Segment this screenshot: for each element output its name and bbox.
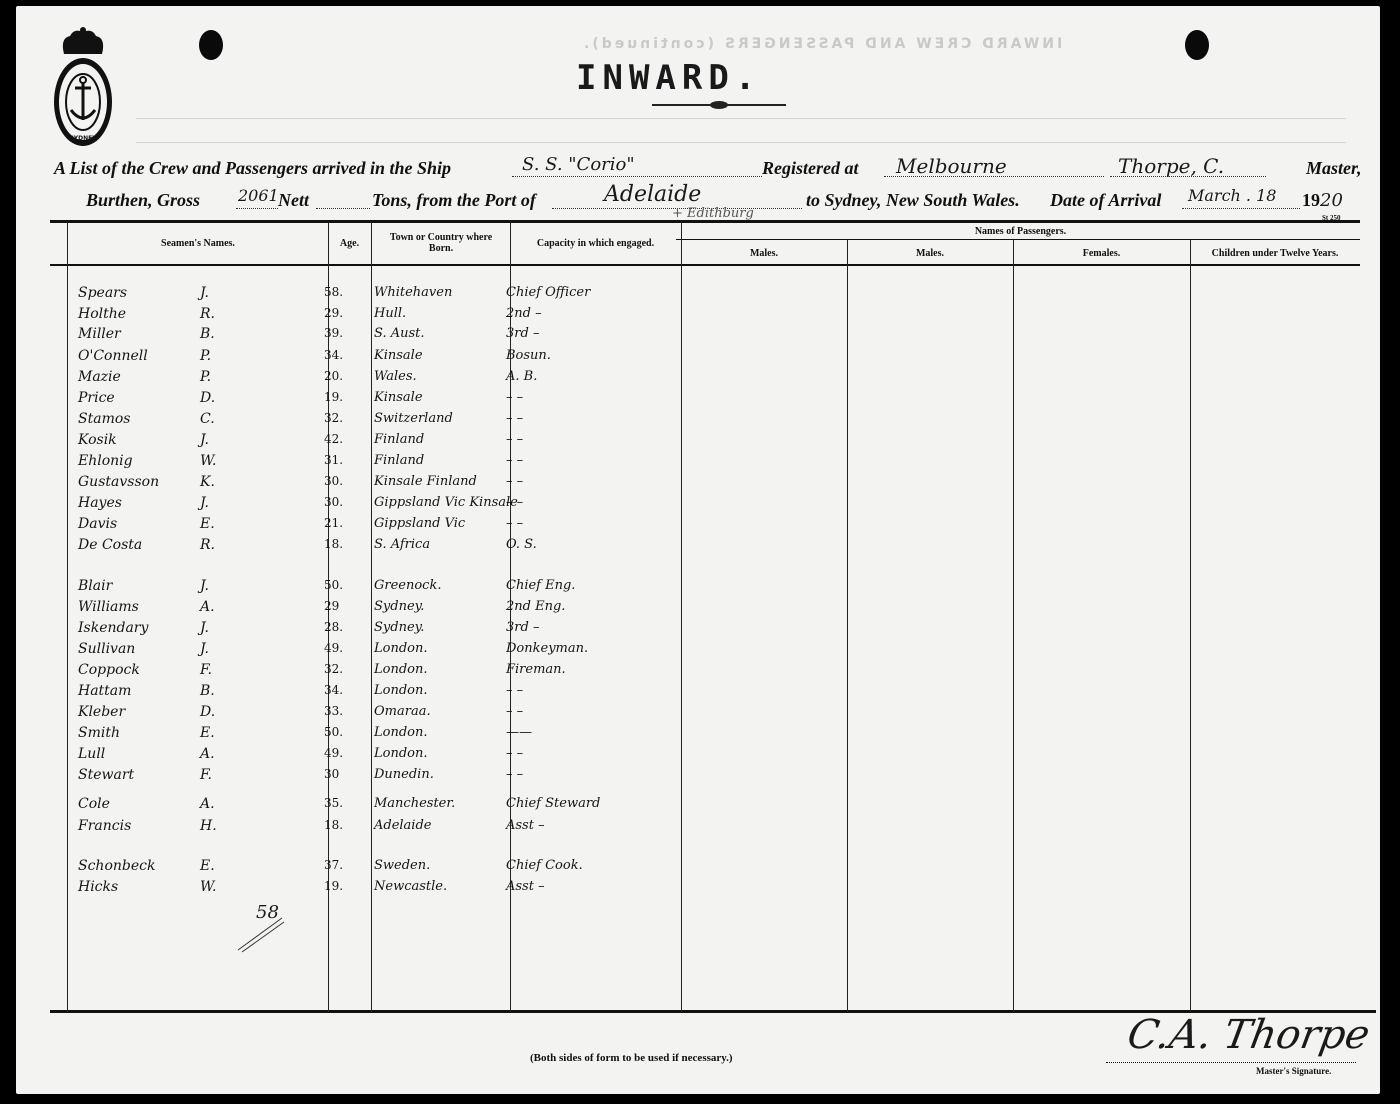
crew-initial: R.	[200, 306, 215, 322]
form-title: INWARD.	[576, 58, 761, 98]
crew-initial: E.	[200, 725, 215, 741]
registered-field: Melbourne	[884, 154, 1104, 177]
crew-age: 19.	[324, 879, 343, 893]
crew-capacity: ——	[506, 725, 532, 740]
title-ornament	[652, 104, 786, 106]
crew-initial: W.	[200, 879, 216, 895]
crew-birthplace: Finland	[374, 453, 424, 468]
crew-capacity: – –	[506, 453, 523, 468]
col-divider	[847, 240, 848, 1012]
crew-age: 34.	[324, 683, 343, 697]
col-header-age: Age.	[328, 238, 371, 249]
crew-birthplace: Manchester.	[374, 796, 455, 811]
crew-surname: Mazie	[78, 369, 121, 385]
arrival-date-field: March . 18	[1182, 186, 1300, 209]
crew-age: 18.	[324, 537, 343, 551]
crew-birthplace: Finland	[374, 432, 424, 447]
crew-age: 33.	[324, 704, 343, 718]
crew-capacity: Chief Officer	[506, 285, 590, 300]
crew-birthplace: Sydney.	[374, 620, 424, 635]
crew-capacity: – –	[506, 746, 523, 761]
crew-initial: H.	[200, 818, 217, 834]
crew-initial: J.	[200, 578, 209, 594]
crew-capacity: – –	[506, 390, 523, 405]
crew-capacity: – –	[506, 495, 523, 510]
crew-age: 35.	[324, 796, 343, 810]
crew-initial: D.	[200, 390, 215, 406]
crew-initial: E.	[200, 516, 215, 532]
crew-surname: Miller	[78, 326, 121, 342]
crew-age: 30	[324, 767, 339, 781]
burthen-label: Burthen, Gross	[86, 190, 200, 211]
col-header-born: Town or Country where Born.	[386, 232, 496, 254]
crew-capacity: Fireman.	[506, 662, 566, 677]
crew-capacity: – –	[506, 704, 523, 719]
crew-birthplace: Wales.	[374, 369, 417, 384]
master-label: Master,	[1306, 158, 1362, 179]
crew-surname: Schonbeck	[78, 858, 155, 874]
crew-age: 50.	[324, 578, 343, 592]
nett-label: Nett	[278, 190, 309, 211]
crew-initial: J.	[200, 285, 209, 301]
crew-age: 42.	[324, 432, 343, 446]
port-note: + Edithburg	[672, 206, 754, 221]
crew-surname: O'Connell	[78, 348, 148, 364]
crew-surname: Hayes	[78, 495, 122, 511]
crew-age: 30.	[324, 495, 343, 509]
col-header-females: Females.	[1013, 248, 1190, 259]
gross-tons: 2061	[238, 186, 279, 205]
crew-age: 18.	[324, 818, 343, 832]
crew-surname: Kleber	[78, 704, 125, 720]
crew-surname: Cole	[78, 796, 110, 812]
col-header-children: Children under Twelve Years.	[1190, 248, 1360, 259]
crew-initial: B.	[200, 326, 215, 342]
crew-capacity: – –	[506, 411, 523, 426]
crew-age: 50.	[324, 725, 343, 739]
crew-surname: Francis	[78, 818, 131, 834]
crew-surname: Kosik	[78, 432, 117, 448]
crew-birthplace: Greenock.	[374, 578, 441, 593]
master-signature: C.A. Thorpe	[1124, 1012, 1373, 1058]
crew-birthplace: S. Aust.	[374, 326, 425, 341]
crew-capacity: 3rd –	[506, 326, 539, 341]
col-divider	[681, 222, 682, 1012]
crew-birthplace: Gippsland Vic	[374, 516, 465, 531]
arrival-year: 1920	[1302, 190, 1343, 211]
header-bottom-rule	[50, 264, 1360, 266]
crew-age: 19.	[324, 390, 343, 404]
crew-birthplace: Adelaide	[374, 818, 431, 833]
crew-surname: Spears	[78, 285, 127, 301]
crew-birthplace: Kinsale Finland	[374, 474, 477, 489]
crew-birthplace: London.	[374, 725, 428, 740]
crew-age: 32.	[324, 411, 343, 425]
arrival-date-label: Date of Arrival	[1050, 190, 1161, 211]
destination-label: to Sydney, New South Wales.	[806, 190, 1020, 211]
crew-initial: J.	[200, 495, 209, 511]
crew-surname: Sullivan	[78, 641, 135, 657]
arrival-date: March . 18	[1188, 186, 1276, 205]
crew-surname: Hattam	[78, 683, 131, 699]
crew-surname: Gustavsson	[78, 474, 159, 490]
crew-initial: W.	[200, 453, 216, 469]
crew-surname: Hicks	[78, 879, 118, 895]
pen-stroke-icon	[236, 914, 286, 954]
ship-name-field: S. S. "Corio"	[512, 154, 762, 177]
crew-age: 28.	[324, 620, 343, 634]
shipping-masters-emblem-icon: SYDNEY	[50, 24, 116, 148]
crew-birthplace: London.	[374, 683, 428, 698]
crew-initial: B.	[200, 683, 215, 699]
crew-capacity: 2nd Eng.	[506, 599, 565, 614]
crew-capacity: Bosun.	[506, 348, 551, 363]
signature-label: Master's Signature.	[1256, 1066, 1331, 1076]
crew-initial: F.	[200, 767, 212, 783]
crew-capacity: Donkeyman.	[506, 641, 588, 656]
crew-age: 31.	[324, 453, 343, 467]
crew-birthplace: Dunedin.	[374, 767, 434, 782]
col-header-passengers: Names of Passengers.	[681, 226, 1360, 237]
crew-initial: J.	[200, 620, 209, 636]
crew-initial: J.	[200, 641, 209, 657]
port-of-departure: Adelaide	[604, 182, 701, 207]
col-divider	[1190, 240, 1191, 1012]
crew-capacity: A. B.	[506, 369, 537, 384]
crew-birthplace: Gippsland Vic Kinsale	[374, 495, 518, 510]
crew-initial: A.	[200, 599, 215, 615]
col-header-capacity: Capacity in which engaged.	[510, 238, 681, 249]
crew-birthplace: Whitehaven	[374, 285, 452, 300]
crew-initial: P.	[200, 369, 211, 385]
tons-port-label: Tons, from the Port of	[372, 190, 536, 211]
crew-birthplace: London.	[374, 746, 428, 761]
crew-capacity: 3rd –	[506, 620, 539, 635]
crew-birthplace: Kinsale	[374, 348, 423, 363]
form-page: INWARD CREW AND PASSENGERS (continued). …	[16, 6, 1380, 1094]
crew-capacity: – –	[506, 516, 523, 531]
col-header-names: Seamen's Names.	[68, 238, 328, 249]
crew-surname: Smith	[78, 725, 120, 741]
crew-age: 37.	[324, 858, 343, 872]
punch-hole-left	[199, 30, 223, 60]
crew-initial: K.	[200, 474, 215, 490]
crew-capacity: – –	[506, 474, 523, 489]
footer-note: (Both sides of form to be used if necess…	[530, 1052, 733, 1064]
crew-initial: F.	[200, 662, 212, 678]
col-divider	[1013, 240, 1014, 1012]
crew-capacity: – –	[506, 683, 523, 698]
crew-capacity: Chief Steward	[506, 796, 600, 811]
master-name: Thorpe, C.	[1118, 154, 1224, 178]
ship-name: S. S. "Corio"	[522, 154, 635, 175]
crew-birthplace: Sydney.	[374, 599, 424, 614]
crew-capacity: Asst –	[506, 818, 545, 833]
crew-capacity: O. S.	[506, 537, 537, 552]
show-through-rule	[136, 142, 1346, 143]
passengers-subrule	[676, 239, 1360, 240]
col-header-males-1: Males.	[681, 248, 847, 259]
crew-initial: D.	[200, 704, 215, 720]
crew-surname: Blair	[78, 578, 112, 594]
crew-surname: Ehlonig	[78, 453, 133, 469]
crew-surname: De Costa	[78, 537, 142, 553]
year-suffix: 20	[1320, 190, 1343, 211]
crew-capacity: Chief Eng.	[506, 578, 575, 593]
col-header-males-2: Males.	[847, 248, 1013, 259]
show-through-title: INWARD CREW AND PASSENGERS (continued).	[581, 36, 1062, 52]
show-through-rule	[136, 118, 1346, 119]
crew-surname: Stamos	[78, 411, 130, 427]
crew-birthplace: Hull.	[374, 306, 406, 321]
crew-capacity: 2nd –	[506, 306, 542, 321]
crew-age: 32.	[324, 662, 343, 676]
master-field: Thorpe, C.	[1110, 154, 1266, 177]
registered-label: Registered at	[762, 158, 859, 179]
year-prefix: 19	[1302, 190, 1320, 210]
crew-birthplace: Omaraa.	[374, 704, 431, 719]
crew-birthplace: Kinsale	[374, 390, 423, 405]
registered-port: Melbourne	[896, 154, 1007, 178]
crew-age: 49.	[324, 746, 343, 760]
crew-birthplace: Newcastle.	[374, 879, 447, 894]
punch-hole-right	[1185, 30, 1209, 60]
crew-initial: A.	[200, 746, 215, 762]
crew-surname: Iskendary	[78, 620, 148, 636]
crew-initial: C.	[200, 411, 215, 427]
crew-capacity: Asst –	[506, 879, 545, 894]
crew-surname: Stewart	[78, 767, 134, 783]
crew-age: 21.	[324, 516, 343, 530]
signature-line	[1106, 1062, 1356, 1063]
crew-age: 34.	[324, 348, 343, 362]
crew-age: 39.	[324, 326, 343, 340]
col-divider	[328, 222, 329, 1012]
crew-age: 29	[324, 599, 339, 613]
table-top-rule	[50, 220, 1360, 223]
crew-age: 49.	[324, 641, 343, 655]
crew-initial: R.	[200, 537, 215, 553]
list-label: A List of the Crew and Passengers arrive…	[54, 158, 451, 179]
crew-age: 29.	[324, 306, 343, 320]
crew-surname: Price	[78, 390, 115, 406]
crew-age: 20.	[324, 369, 343, 383]
crew-capacity: – –	[506, 432, 523, 447]
col-divider	[67, 222, 68, 1012]
crew-birthplace: London.	[374, 662, 428, 677]
crew-surname: Davis	[78, 516, 117, 532]
crew-initial: A.	[200, 796, 215, 812]
crew-birthplace: S. Africa	[374, 537, 430, 552]
crew-surname: Lull	[78, 746, 105, 762]
crew-age: 30.	[324, 474, 343, 488]
col-divider	[371, 222, 372, 1012]
crew-surname: Williams	[78, 599, 139, 615]
crew-age: 58.	[324, 285, 343, 299]
svg-text:SYDNEY: SYDNEY	[69, 135, 97, 142]
crew-surname: Coppock	[78, 662, 140, 678]
crew-surname: Holthe	[78, 306, 126, 322]
crew-birthplace: London.	[374, 641, 428, 656]
crew-capacity: – –	[506, 767, 523, 782]
nett-field	[316, 186, 370, 209]
gross-field: 2061	[236, 186, 278, 209]
crew-initial: P.	[200, 348, 211, 364]
crew-initial: E.	[200, 858, 215, 874]
crew-birthplace: Switzerland	[374, 411, 453, 426]
crew-capacity: Chief Cook.	[506, 858, 583, 873]
crew-birthplace: Sweden.	[374, 858, 430, 873]
crew-initial: J.	[200, 432, 209, 448]
